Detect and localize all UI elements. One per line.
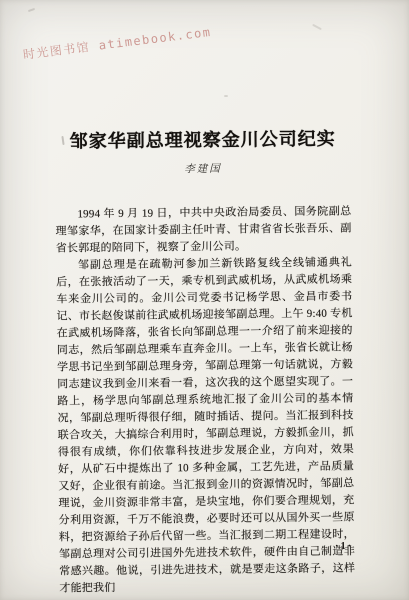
article-body: 1994 年 9 月 19 日，中共中央政治局委员、国务院副总理邹家华，在国家计… — [55, 203, 355, 597]
author-name: 李建国 — [55, 161, 351, 178]
scan-speck — [28, 8, 35, 12]
page-number: ·1· — [335, 541, 353, 552]
library-watermark: 时光图书馆 atimebook.com — [22, 23, 212, 63]
article-title: 邹家华副总理视察金川公司纪实 — [55, 126, 351, 153]
body-paragraph: 邹副总理是在疏勒河参加兰新铁路复线全线铺通典礼后，在张掖活动了一天，乘专机到武威… — [56, 254, 356, 597]
page-content: 邹家华副总理视察金川公司纪实 李建国 1994 年 9 月 19 日，中共中央政… — [55, 126, 356, 597]
scanned-book-page: 时光图书馆 atimebook.com 邹家华副总理视察金川公司纪实 李建国 1… — [0, 0, 409, 600]
body-paragraph: 1994 年 9 月 19 日，中共中央政治局委员、国务院副总理邹家华，在国家计… — [55, 203, 352, 257]
scan-speck — [312, 24, 322, 30]
scan-speck — [224, 95, 228, 97]
